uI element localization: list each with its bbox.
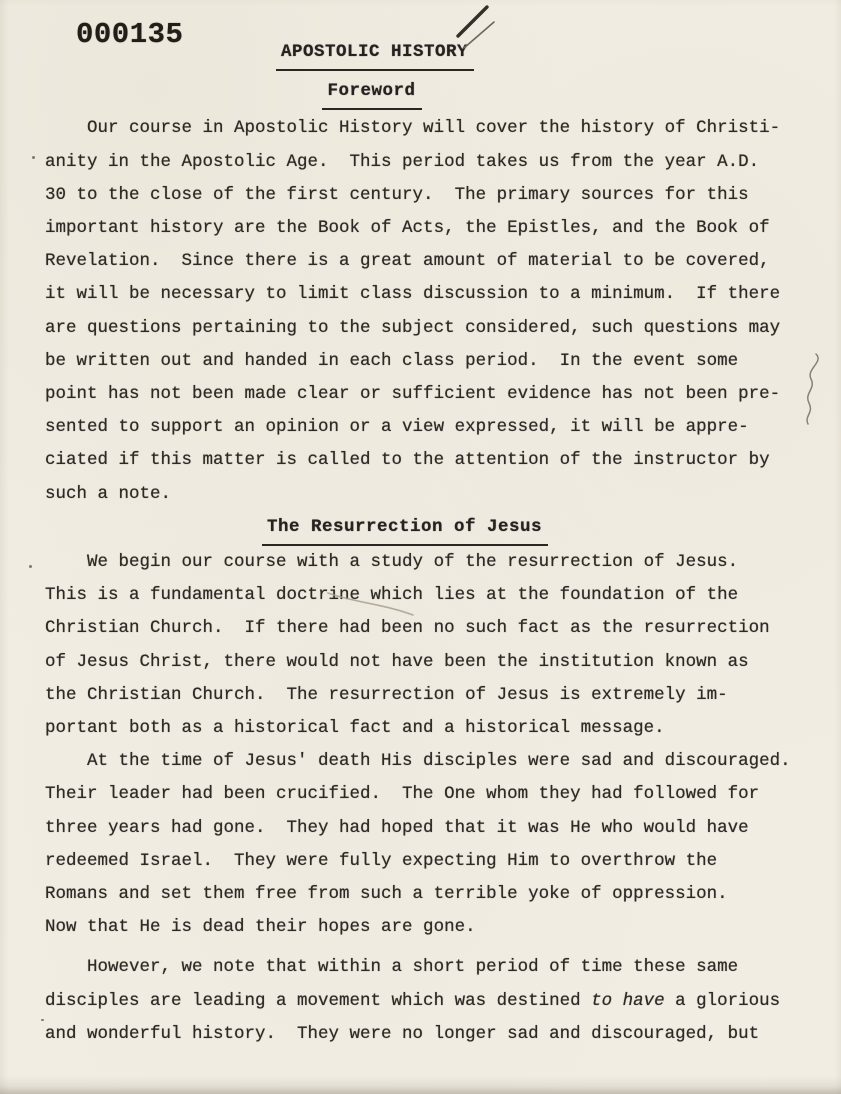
paper-speck [32, 156, 35, 159]
text-line: of Jesus Christ, there would not have be… [45, 646, 795, 679]
text-line: point has not been made clear or suffici… [45, 378, 795, 411]
text-line: be written out and handed in each class … [45, 345, 795, 378]
text-line: disciples are leading a movement which w… [45, 985, 795, 1018]
document-body: Foreword Our course in Apostolic History… [45, 75, 795, 1051]
text-line: Our course in Apostolic History will cov… [45, 112, 795, 145]
paragraph: At the time of Jesus' death His disciple… [45, 745, 795, 944]
text-line: 30 to the close of the first century. Th… [45, 179, 795, 212]
text-line: However, we note that within a short per… [45, 951, 795, 984]
text-line: important history are the Book of Acts, … [45, 212, 795, 245]
section-heading: The Resurrection of Jesus [262, 511, 548, 546]
text-line: This is a fundamental doctrine which lie… [45, 579, 795, 612]
text-line: redeemed Israel. They were fully expecti… [45, 845, 795, 878]
pen-slash-mark-dark [458, 7, 487, 36]
text-line: At the time of Jesus' death His disciple… [45, 745, 795, 778]
text-line: ciated if this matter is called to the a… [45, 444, 795, 477]
heading-row: The Resurrection of Jesus [45, 511, 795, 546]
text-line: three years had gone. They had hoped tha… [45, 812, 795, 845]
text-line: such a note. [45, 478, 795, 511]
text-line: We begin our course with a study of the … [45, 546, 795, 579]
title-row: APOSTOLIC HISTORY [45, 36, 795, 75]
paper-speck [29, 565, 32, 568]
text-line: Christian Church. If there had been no s… [45, 612, 795, 645]
text-line: the Christian Church. The resurrection o… [45, 679, 795, 712]
text-line: it will be necessary to limit class disc… [45, 278, 795, 311]
text-line: Now that He is dead their hopes are gone… [45, 911, 795, 944]
text-line: Romans and set them free from such a ter… [45, 878, 795, 911]
text-line: portant both as a historical fact and a … [45, 712, 795, 745]
document-title: APOSTOLIC HISTORY [276, 36, 474, 71]
text-line: anity in the Apostolic Age. This period … [45, 146, 795, 179]
text-line: are questions pertaining to the subject … [45, 312, 795, 345]
section-heading: Foreword [322, 75, 421, 110]
text-line: and wonderful history. They were no long… [45, 1018, 795, 1051]
margin-squiggle-mark [807, 354, 818, 424]
paragraph: Our course in Apostolic History will cov… [45, 112, 795, 510]
paper-speck [41, 1019, 44, 1021]
scanned-document-page: 000135 APOSTOLIC HISTORY Foreword Our co… [0, 0, 841, 1094]
typewritten-text: APOSTOLIC HISTORY Foreword Our course in… [45, 36, 795, 1051]
heading-row: Foreword [45, 75, 795, 112]
text-line: Their leader had been crucified. The One… [45, 778, 795, 811]
text-line: sented to support an opinion or a view e… [45, 411, 795, 444]
text-line: Revelation. Since there is a great amoun… [45, 245, 795, 278]
paragraph: However, we note that within a short per… [45, 951, 795, 1051]
paragraph: We begin our course with a study of the … [45, 546, 795, 745]
